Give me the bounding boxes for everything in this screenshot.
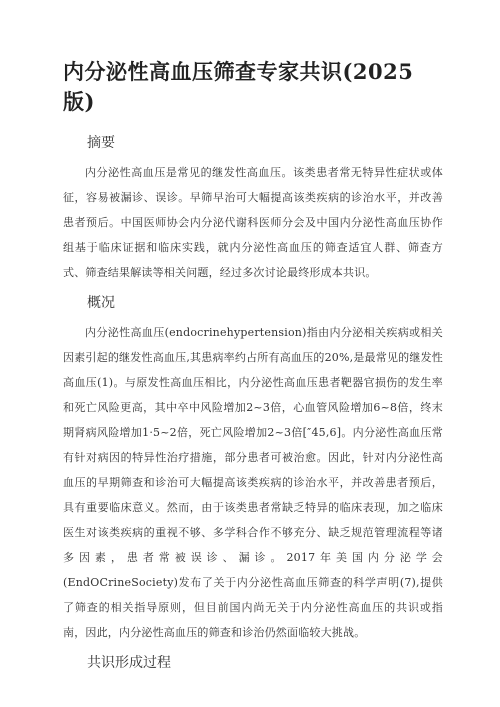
abstract-paragraph: 内分泌性高血压是常见的继发性高血压。该类患者常无特异性症状或体征，容易被漏诊、误… — [63, 160, 443, 285]
section-heading-consensus-process: 共识形成过程 — [63, 651, 443, 676]
overview-paragraph: 内分泌性高血压(endocrinehypertension)指由内分泌相关疾病或… — [63, 320, 443, 645]
section-heading-overview: 概况 — [63, 291, 443, 316]
document-title: 内分泌性高血压筛查专家共识(2025版) — [63, 57, 443, 117]
section-heading-abstract: 摘要 — [63, 131, 443, 156]
document-page: 内分泌性高血压筛查专家共识(2025版) 摘要 内分泌性高血压是常见的继发性高血… — [0, 0, 500, 707]
